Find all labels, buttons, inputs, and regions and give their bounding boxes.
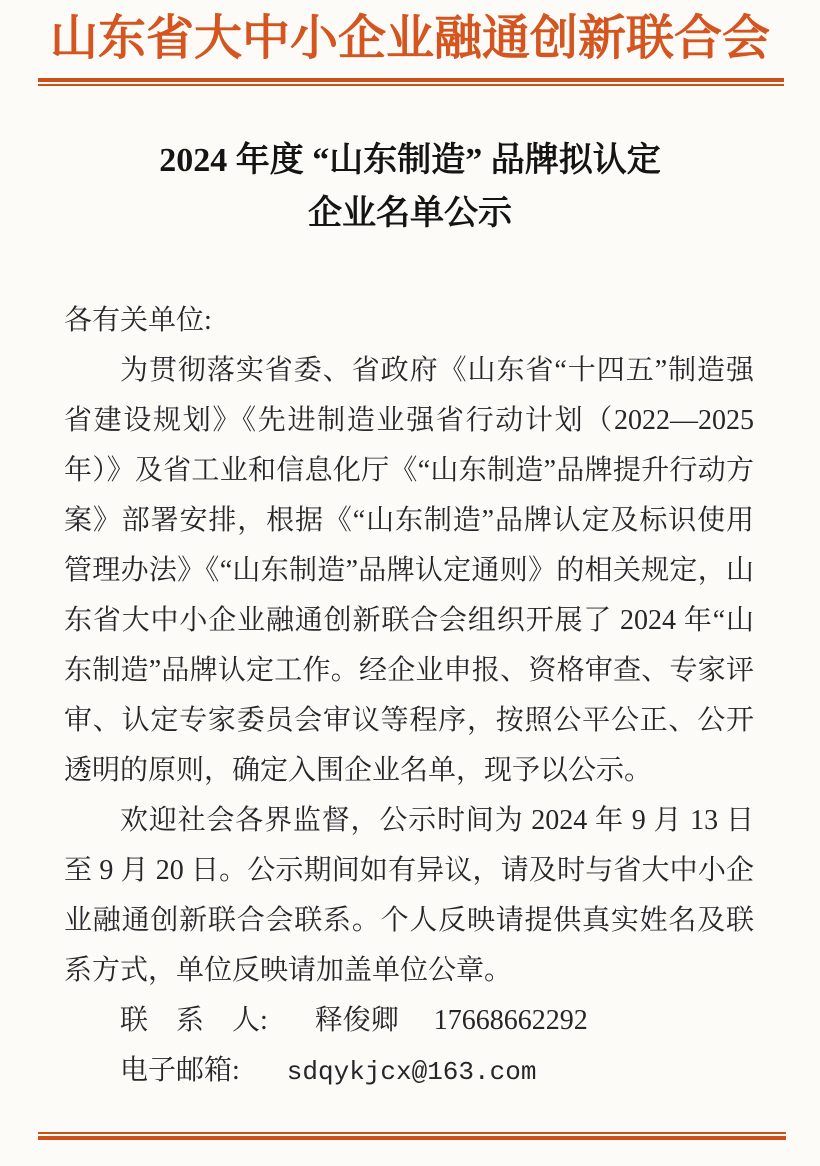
- org-name-header: 山东省大中小企业融通创新联合会: [0, 0, 820, 68]
- contact-email-line: 电子邮箱: sdqykjcx@163.com: [120, 1046, 754, 1097]
- contact-person-name: 释俊卿: [315, 1005, 399, 1036]
- document-page: 山东省大中小企业融通创新联合会 2024 年度 “山东制造” 品牌拟认定 企业名…: [0, 0, 820, 1166]
- contact-email-value: sdqykjcx@163.com: [287, 1057, 537, 1087]
- contact-person-phone: 17668662292: [434, 1005, 588, 1036]
- contact-person-line: 联 系 人: 释俊卿 17668662292: [120, 996, 754, 1046]
- salutation: 各有关单位:: [64, 296, 754, 346]
- document-title-line1: 2024 年度 “山东制造” 品牌拟认定: [40, 134, 780, 187]
- footer-divider-line: [38, 1132, 786, 1140]
- document-title-line2: 企业名单公示: [40, 187, 780, 240]
- contact-person-label: 联 系 人:: [120, 1005, 268, 1036]
- body-paragraph-2: 欢迎社会各界监督，公示时间为 2024 年 9 月 13 日至 9 月 20 日…: [64, 796, 754, 996]
- header-divider-line: [38, 78, 784, 86]
- document-body: 各有关单位: 为贯彻落实省委、省政府《山东省“十四五”制造强省建设规划》《先进制…: [64, 296, 754, 1097]
- body-paragraph-1: 为贯彻落实省委、省政府《山东省“十四五”制造强省建设规划》《先进制造业强省行动计…: [64, 346, 754, 796]
- document-title: 2024 年度 “山东制造” 品牌拟认定 企业名单公示: [40, 134, 780, 240]
- contact-email-label: 电子邮箱:: [120, 1055, 240, 1086]
